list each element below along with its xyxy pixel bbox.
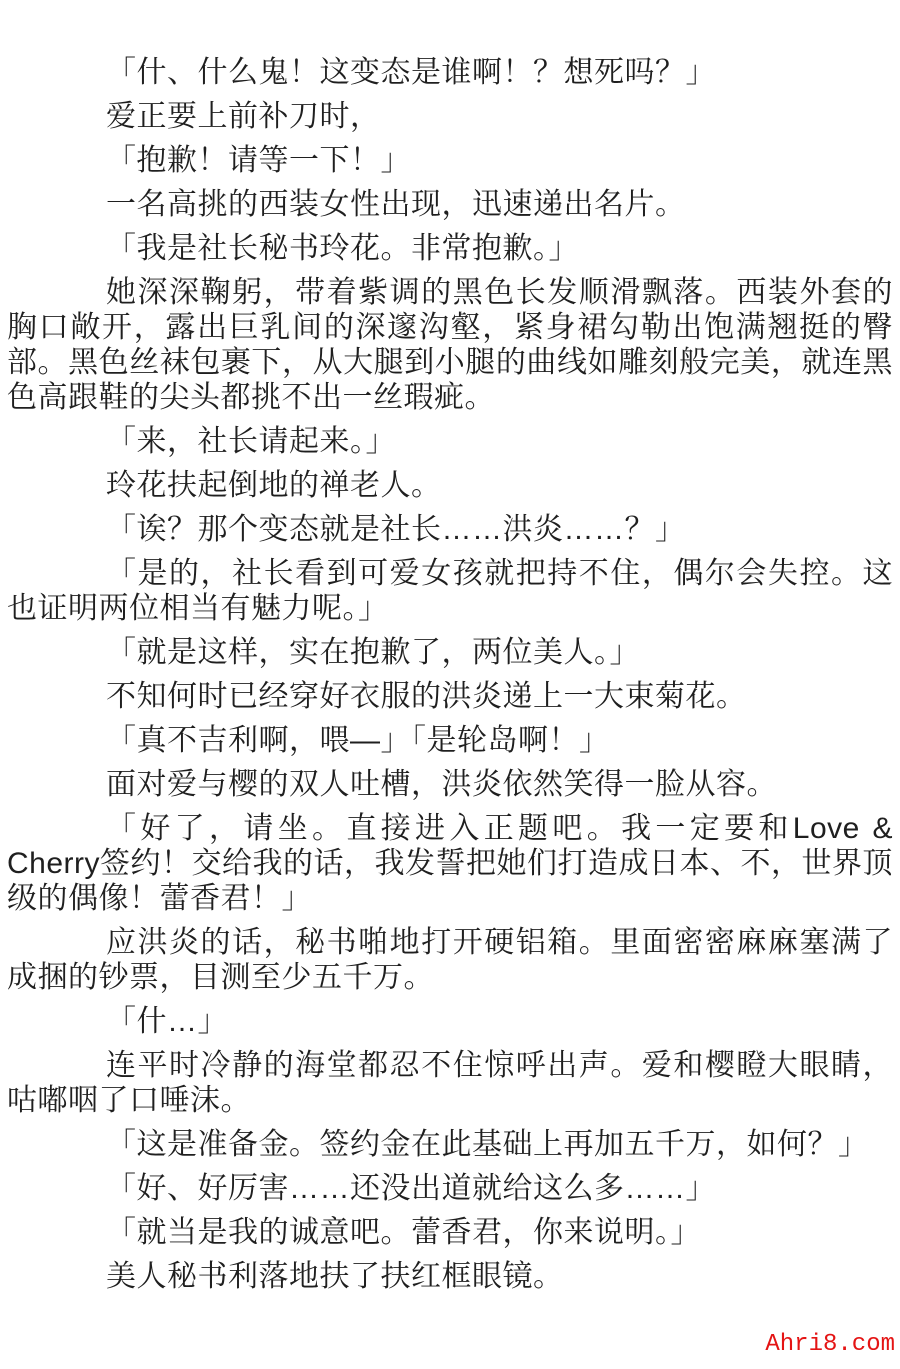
paragraph: 「这是准备金。签约金在此基础上再加五千万，如何？」	[7, 1127, 893, 1162]
paragraph: 「好、好厉害……还没出道就给这么多……」	[7, 1171, 893, 1206]
paragraph: 「真不吉利啊，喂—」「是轮岛啊！」	[7, 723, 893, 758]
paragraph: 「就当是我的诚意吧。蕾香君，你来说明。」	[7, 1215, 893, 1250]
paragraph: 「什…」	[7, 1004, 893, 1039]
paragraph: 她深深鞠躬，带着紫调的黑色长发顺滑飘落。西装外套的胸口敞开，露出巨乳间的深邃沟壑…	[7, 275, 893, 415]
paragraph: 「什、什么鬼！这变态是谁啊！？想死吗？」	[7, 55, 893, 90]
paragraph: 「抱歉！请等一下！」	[7, 143, 893, 178]
paragraph: 「是的，社长看到可爱女孩就把持不住，偶尔会失控。这也证明两位相当有魅力呢。」	[7, 556, 893, 626]
paragraph: 「诶？那个变态就是社长……洪炎……？」	[7, 512, 893, 547]
novel-text-block: 「什、什么鬼！这变态是谁啊！？想死吗？」 爱正要上前补刀时， 「抱歉！请等一下！…	[0, 0, 900, 1294]
paragraph: 「来，社长请起来。」	[7, 424, 893, 459]
paragraph: 美人秘书利落地扶了扶红框眼镜。	[7, 1259, 893, 1294]
paragraph: 不知何时已经穿好衣服的洪炎递上一大束菊花。	[7, 679, 893, 714]
paragraph: 「好了，请坐。直接进入正题吧。我一定要和Love & Cherry签约！交给我的…	[7, 811, 893, 916]
paragraph: 连平时冷静的海堂都忍不住惊呼出声。爱和樱瞪大眼睛，咕嘟咽了口唾沫。	[7, 1048, 893, 1118]
watermark: Ahri8.com	[765, 1331, 895, 1358]
paragraph: 「我是社长秘书玲花。非常抱歉。」	[7, 231, 893, 266]
paragraph: 「就是这样，实在抱歉了，两位美人。」	[7, 635, 893, 670]
paragraph: 一名高挑的西装女性出现，迅速递出名片。	[7, 187, 893, 222]
paragraph: 玲花扶起倒地的禅老人。	[7, 468, 893, 503]
novel-page: 「什、什么鬼！这变态是谁啊！？想死吗？」 爱正要上前补刀时， 「抱歉！请等一下！…	[0, 0, 900, 1369]
paragraph: 面对爱与樱的双人吐槽，洪炎依然笑得一脸从容。	[7, 767, 893, 802]
paragraph: 应洪炎的话，秘书啪地打开硬铝箱。里面密密麻麻塞满了成捆的钞票，目测至少五千万。	[7, 925, 893, 995]
paragraph: 爱正要上前补刀时，	[7, 99, 893, 134]
